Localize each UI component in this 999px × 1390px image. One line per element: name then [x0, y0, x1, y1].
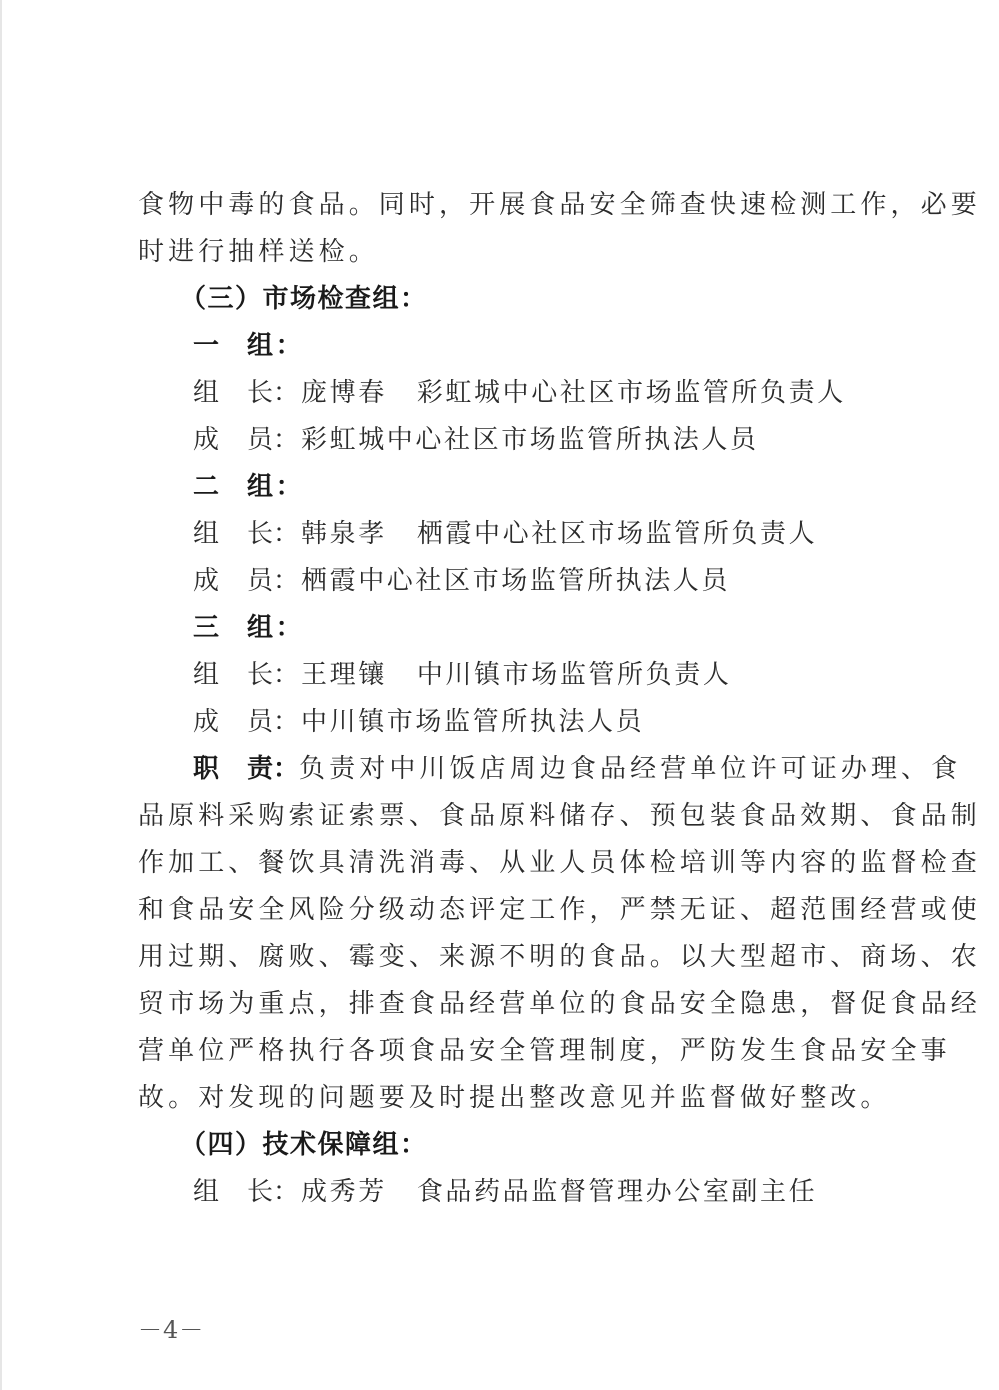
- duty-first-line: 职责：负责对中川饭店周边食品经营单位许可证办理、食: [138, 746, 883, 793]
- group-leader-line: 组长：王理镶中川镇市场监管所负责人: [138, 652, 883, 699]
- duty-text: 负责对中川饭店周边食品经营单位许可证办理、食: [299, 754, 961, 784]
- section-heading-market-inspection: （三）市场检查组：: [138, 276, 883, 323]
- leader-title: 彩虹城中心社区市场监管所负责人: [417, 378, 846, 408]
- members-text: 中川镇市场监管所执法人员: [301, 707, 644, 737]
- paragraph-line: 和食品安全风险分级动态评定工作，严禁无证、超范围经营或使: [138, 887, 883, 934]
- group-heading-1: 一组：: [138, 323, 883, 370]
- scan-page-edge: [0, 0, 2, 1390]
- leader-name: 韩泉孝: [301, 511, 387, 558]
- group-heading-3: 三组：: [138, 605, 883, 652]
- leader-name: 王理镶: [301, 652, 387, 699]
- paragraph-line: 故。对发现的问题要及时提出整改意见并监督做好整改。: [138, 1075, 883, 1122]
- role-label: 成员：: [193, 699, 301, 746]
- role-label: 组长：: [193, 511, 301, 558]
- members-text: 彩虹城中心社区市场监管所执法人员: [301, 425, 759, 455]
- paragraph-line: 食物中毒的食品。同时，开展食品安全筛查快速检测工作，必要: [138, 182, 883, 229]
- page-number: －4－: [138, 1310, 204, 1345]
- duty-label: 职责：: [193, 754, 299, 784]
- role-label: 组长：: [193, 1169, 301, 1216]
- leader-title: 食品药品监督管理办公室副主任: [417, 1177, 817, 1207]
- group-members-line: 成员：彩虹城中心社区市场监管所执法人员: [138, 417, 883, 464]
- group-members-line: 成员：中川镇市场监管所执法人员: [138, 699, 883, 746]
- group-leader-line: 组长：成秀芳食品药品监督管理办公室副主任: [138, 1169, 883, 1216]
- group-label: 组：: [247, 613, 304, 643]
- leader-title: 栖霞中心社区市场监管所负责人: [417, 519, 817, 549]
- paragraph-line: 作加工、餐饮具清洗消毒、从业人员体检培训等内容的监督检查: [138, 840, 883, 887]
- group-number: 一: [193, 323, 247, 370]
- group-heading-2: 二组：: [138, 464, 883, 511]
- group-leader-line: 组长：韩泉孝栖霞中心社区市场监管所负责人: [138, 511, 883, 558]
- leader-title: 中川镇市场监管所负责人: [417, 660, 732, 690]
- paragraph-line: 贸市场为重点，排查食品经营单位的食品安全隐患，督促食品经: [138, 981, 883, 1028]
- paragraph-line: 品原料采购索证索票、食品原料储存、预包装食品效期、食品制: [138, 793, 883, 840]
- group-members-line: 成员：栖霞中心社区市场监管所执法人员: [138, 558, 883, 605]
- role-label: 组长：: [193, 370, 301, 417]
- group-number: 三: [193, 605, 247, 652]
- paragraph-line: 时进行抽样送检。: [138, 229, 883, 276]
- role-label: 成员：: [193, 558, 301, 605]
- leader-name: 庞博春: [301, 370, 387, 417]
- paragraph-line: 用过期、腐败、霉变、来源不明的食品。以大型超市、商场、农: [138, 934, 883, 981]
- section-heading-technical-support: （四）技术保障组：: [138, 1122, 883, 1169]
- group-label: 组：: [247, 472, 304, 502]
- group-label: 组：: [247, 331, 304, 361]
- role-label: 成员：: [193, 417, 301, 464]
- document-body: 食物中毒的食品。同时，开展食品安全筛查快速检测工作，必要 时进行抽样送检。 （三…: [138, 182, 883, 1216]
- role-label: 组长：: [193, 652, 301, 699]
- group-leader-line: 组长：庞博春彩虹城中心社区市场监管所负责人: [138, 370, 883, 417]
- leader-name: 成秀芳: [301, 1169, 387, 1216]
- paragraph-line: 营单位严格执行各项食品安全管理制度，严防发生食品安全事: [138, 1028, 883, 1075]
- group-number: 二: [193, 464, 247, 511]
- members-text: 栖霞中心社区市场监管所执法人员: [301, 566, 730, 596]
